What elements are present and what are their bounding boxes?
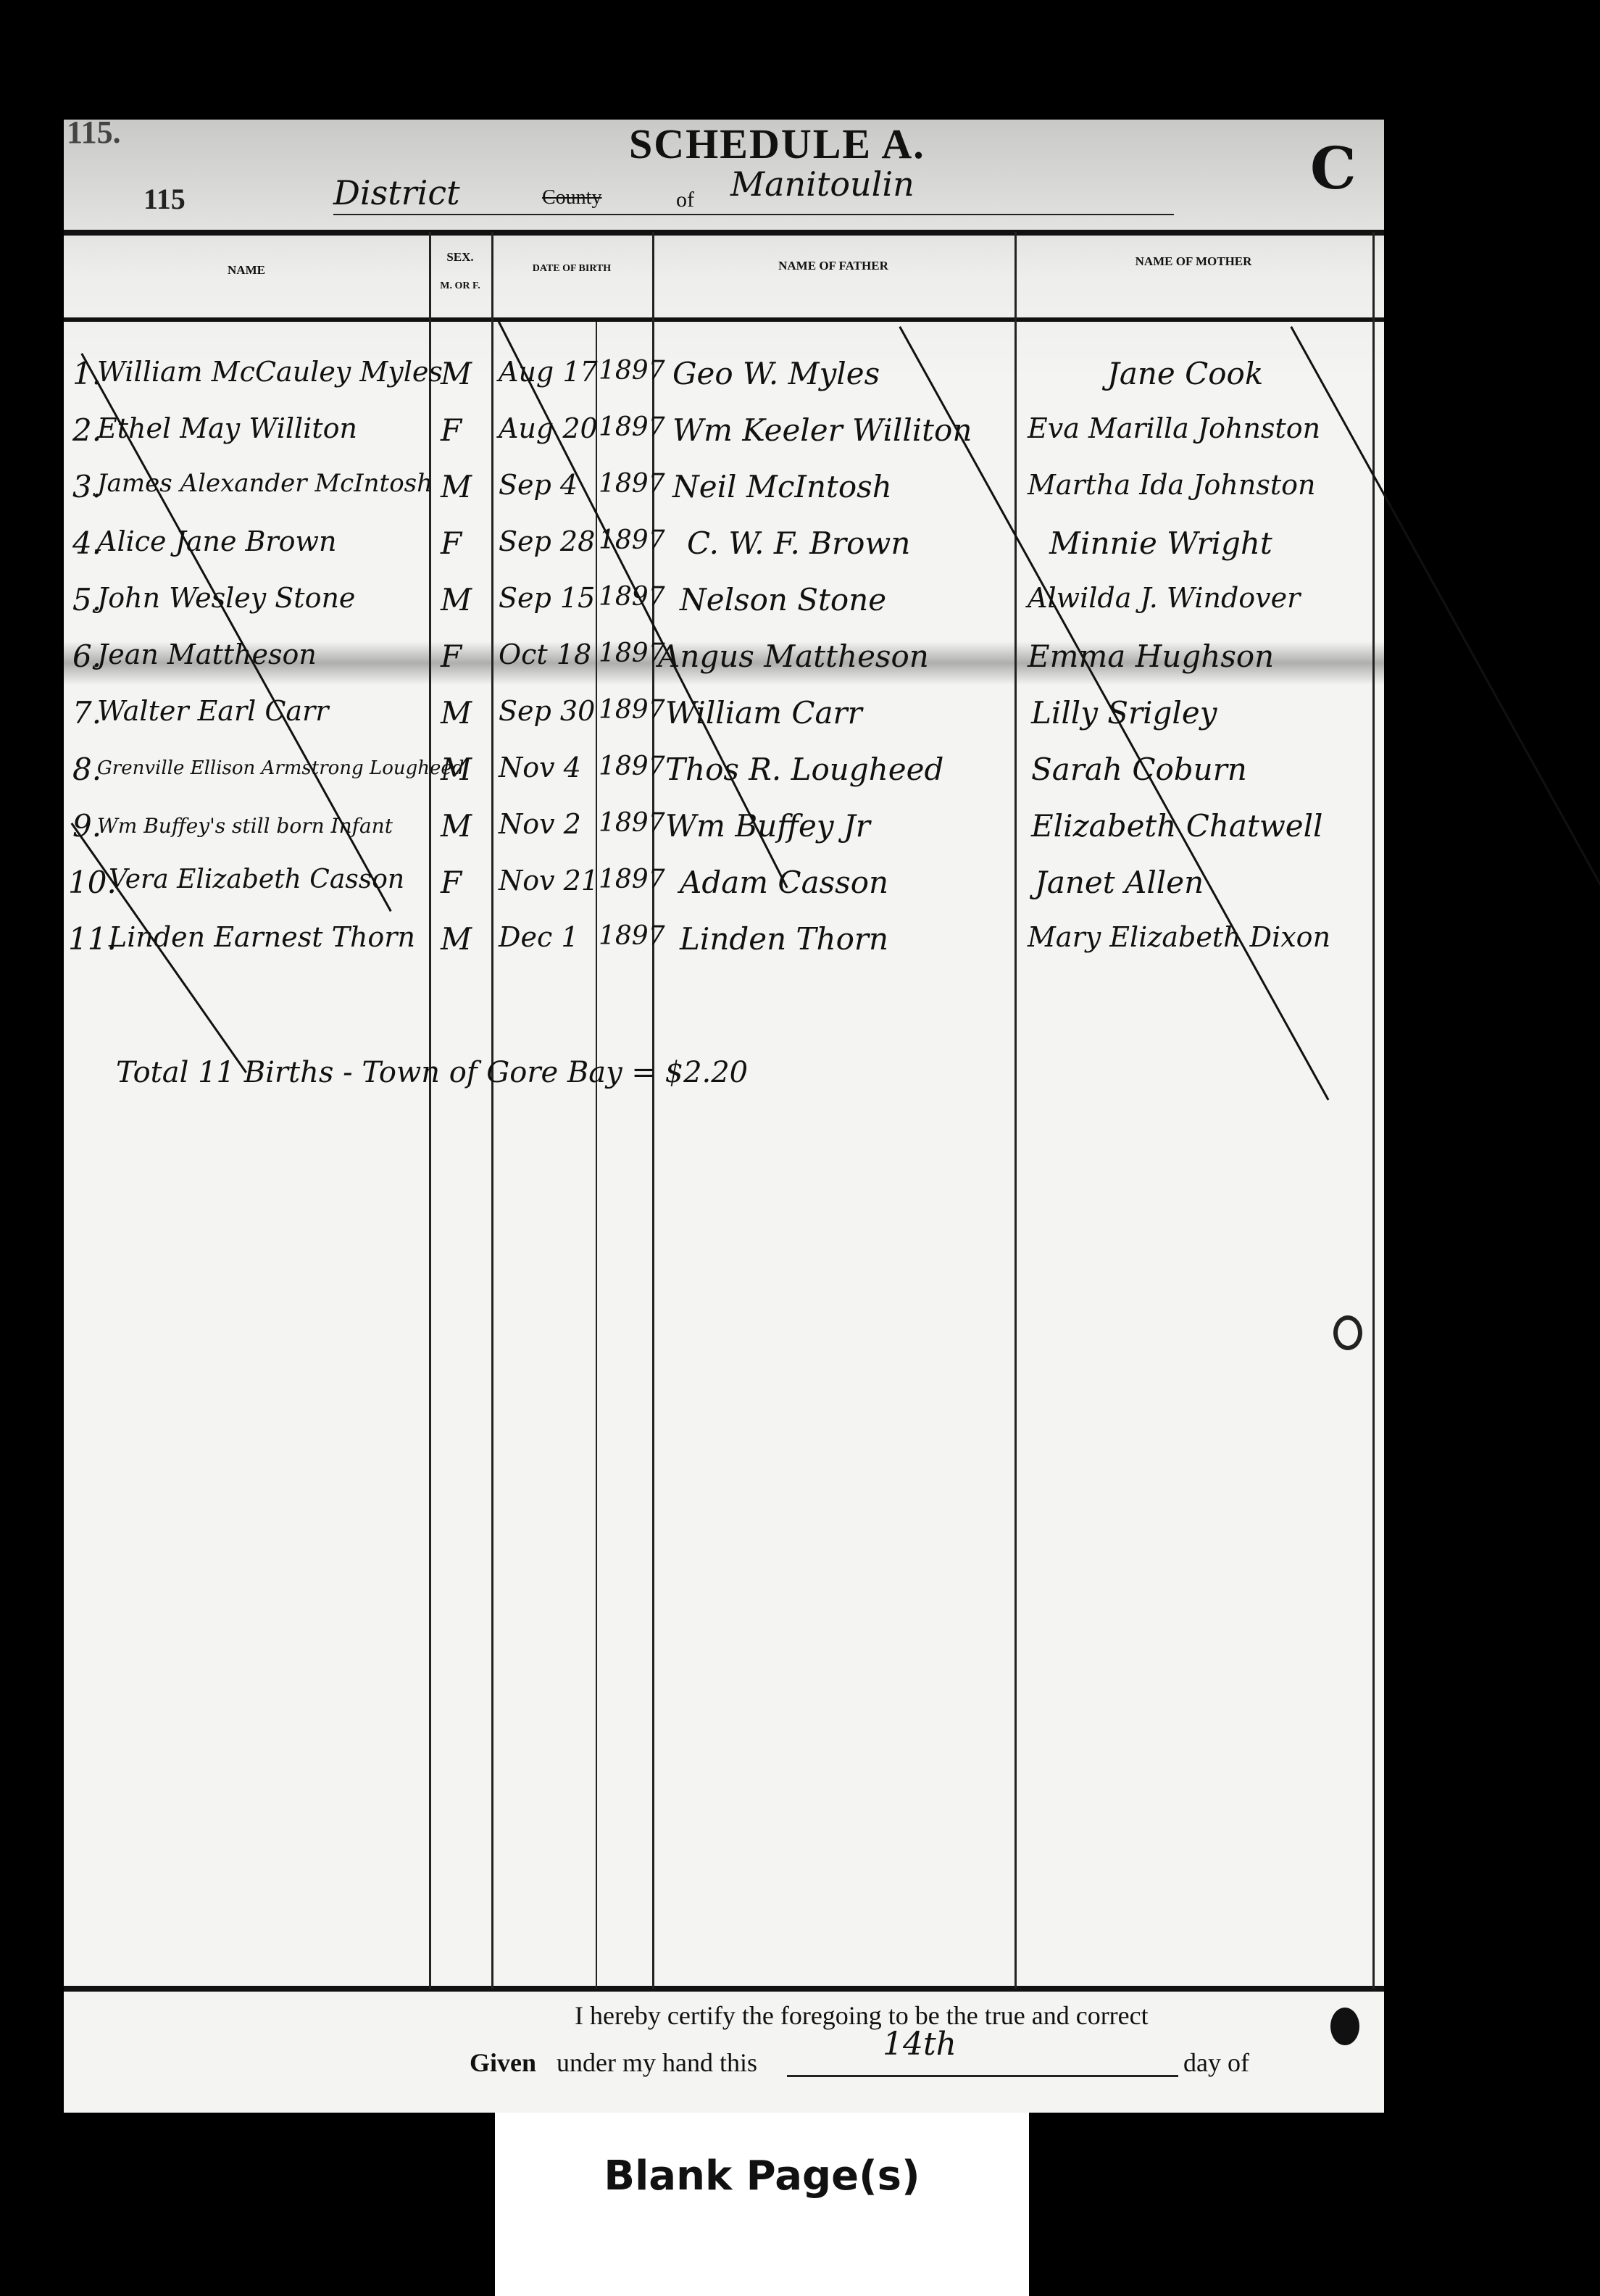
sex: F — [441, 639, 462, 674]
district-label: District — [333, 173, 460, 212]
page-title: SCHEDULE A. — [629, 120, 925, 168]
punch-hole-filled — [1330, 2008, 1359, 2045]
table-row: 7. Walter Earl Carr M Sep 30 1897 Willia… — [64, 688, 1384, 744]
sex: M — [441, 752, 472, 787]
day-value: 14th — [883, 2026, 957, 2063]
sex: M — [441, 695, 472, 731]
father-name: C. W. F. Brown — [687, 525, 910, 561]
header-sex: Sex. — [429, 250, 491, 265]
birth-year: 1897 — [599, 921, 665, 951]
sex: F — [441, 525, 462, 561]
header-bottom-rule — [64, 317, 1384, 322]
table-bottom-rule — [64, 1986, 1384, 1992]
birth-date: Sep 30 — [499, 695, 595, 727]
birth-year: 1897 — [599, 695, 665, 725]
given-label: Given — [470, 2047, 536, 2078]
father-name: Thos R. Lougheed — [665, 752, 943, 787]
mother-name: Alwilda J. Windover — [1028, 582, 1300, 614]
child-name: Alice Jane Brown — [97, 525, 337, 557]
birth-year: 1897 — [599, 412, 665, 442]
birth-year: 1897 — [599, 808, 665, 838]
header-top-rule — [64, 230, 1384, 236]
mother-name: Lilly Srigley — [1031, 695, 1217, 731]
child-name: Jean Mattheson — [97, 639, 317, 670]
birth-date: Nov 4 — [499, 752, 581, 783]
table-row: 5. John Wesley Stone M Sep 15 1897 Nelso… — [64, 575, 1384, 631]
punch-hole — [1333, 1315, 1362, 1350]
birth-date: Nov 2 — [499, 808, 581, 840]
given-text: under my hand this — [557, 2047, 757, 2078]
sex: M — [441, 808, 472, 844]
corner-mark: C — [1310, 134, 1357, 202]
mother-name: Jane Cook — [1107, 356, 1263, 391]
table-row: 11. Linden Earnest Thorn M Dec 1 1897 Li… — [64, 914, 1384, 970]
day-blank-line — [787, 2075, 1178, 2077]
birth-date: Nov 21 — [499, 865, 599, 897]
page-number-faded: 115. — [67, 114, 121, 151]
sex: F — [441, 865, 462, 900]
header-name: Name — [64, 263, 429, 278]
sex: F — [441, 412, 462, 448]
father-name: Neil McIntosh — [672, 469, 892, 504]
table-row: 9. Wm Buffey's still born Infant M Nov 2… — [64, 801, 1384, 857]
child-name: Vera Elizabeth Casson — [109, 865, 404, 894]
header-father: Name of Father — [652, 259, 1014, 273]
child-name: Ethel May Williton — [97, 412, 357, 444]
table-row: 4. Alice Jane Brown F Sep 28 1897 C. W. … — [64, 518, 1384, 575]
birth-year: 1897 — [599, 469, 665, 499]
sex: M — [441, 921, 472, 957]
birth-year: 1897 — [599, 356, 665, 386]
table-row: 2. Ethel May Williton F Aug 20 1897 Wm K… — [64, 405, 1384, 462]
birth-date: Sep 4 — [499, 469, 578, 501]
mother-name: Emma Hughson — [1028, 639, 1274, 674]
register-page: 115. 115 SCHEDULE A. C District County o… — [64, 120, 1384, 2113]
birth-date: Dec 1 — [499, 921, 579, 953]
header-mother: Name of Mother — [1014, 254, 1372, 269]
birth-year: 1897 — [599, 639, 665, 668]
father-name: William Carr — [665, 695, 862, 731]
sex: M — [441, 469, 472, 504]
mother-name: Eva Marilla Johnston — [1028, 412, 1320, 444]
father-name: Wm Keeler Williton — [672, 412, 972, 448]
blank-pages-notice: Blank Page(s) — [495, 2113, 1029, 2296]
father-name: Linden Thorn — [680, 921, 888, 957]
sex: M — [441, 356, 472, 391]
child-name: William McCauley Myles — [97, 356, 443, 388]
child-name: Linden Earnest Thorn — [109, 921, 415, 953]
header-date-of-birth: Date of Birth — [491, 263, 652, 275]
child-name: John Wesley Stone — [97, 582, 355, 614]
sex: M — [441, 582, 472, 617]
county-label-struck: County — [542, 186, 601, 209]
child-name: Grenville Ellison Armstrong Lougheed — [97, 757, 464, 779]
table-row: 8. Grenville Ellison Armstrong Lougheed … — [64, 744, 1384, 801]
mother-name: Minnie Wright — [1049, 525, 1272, 561]
birth-date: Aug 17 — [499, 356, 598, 388]
table-row: 10. Vera Elizabeth Casson F Nov 21 1897 … — [64, 857, 1384, 914]
child-name: Walter Earl Carr — [97, 695, 328, 727]
birth-date: Sep 28 — [499, 525, 595, 557]
table-row: 3. James Alexander McIntosh M Sep 4 1897… — [64, 462, 1384, 518]
blank-pages-label: Blank Page(s) — [495, 2152, 1029, 2200]
day-of-label: day of — [1183, 2047, 1249, 2078]
birth-year: 1897 — [599, 752, 665, 781]
father-name: Nelson Stone — [680, 582, 886, 617]
mother-name: Janet Allen — [1035, 865, 1204, 900]
mother-name: Mary Elizabeth Dixon — [1028, 921, 1330, 953]
total-note: Total 11 Births - Town of Gore Bay = $2.… — [116, 1056, 748, 1089]
father-name: Wm Buffey Jr — [665, 808, 870, 844]
header-sex-mf: M. or F. — [429, 280, 491, 292]
page-number: 115 — [143, 182, 186, 216]
father-name: Geo W. Myles — [672, 356, 880, 391]
table-row: 1. William McCauley Myles M Aug 17 1897 … — [64, 349, 1384, 405]
certify-line: I hereby certify the foregoing to be the… — [575, 2000, 1149, 2031]
mother-name: Martha Ida Johnston — [1028, 469, 1315, 501]
birth-date: Sep 15 — [499, 582, 595, 614]
of-label: of — [676, 188, 694, 212]
district-underline — [333, 214, 1174, 215]
father-name: Angus Mattheson — [658, 639, 929, 674]
district-name: Manitoulin — [730, 165, 914, 204]
birth-year: 1897 — [599, 865, 665, 894]
birth-date: Oct 18 — [499, 639, 591, 670]
